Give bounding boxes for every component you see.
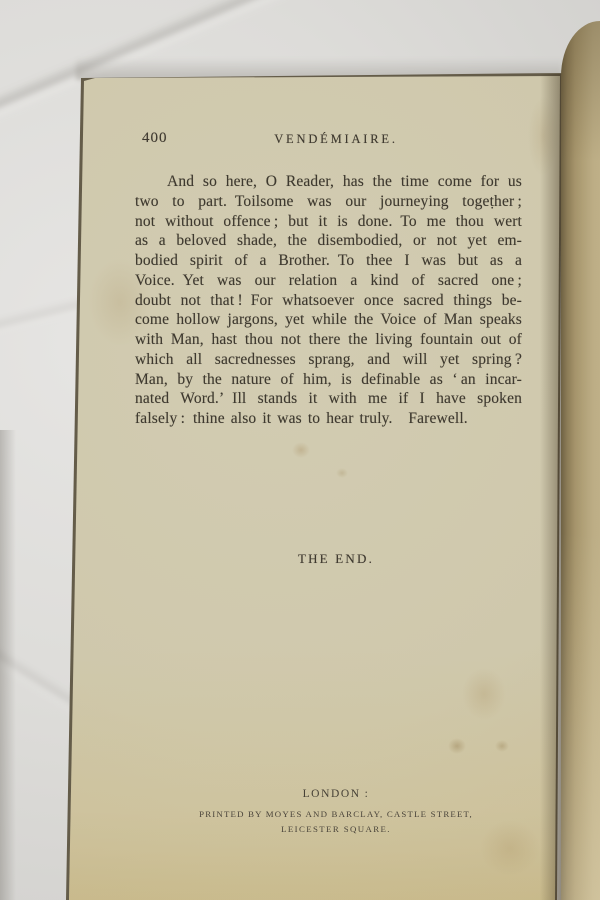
foxing-stain <box>448 738 466 754</box>
imprint-printer: PRINTED BY MOYES AND BARCLAY, CASTLE STR… <box>122 809 550 819</box>
body-line: come hollow jargons, yet while the Voice… <box>135 310 522 330</box>
imprint-address: LEICESTER SQUARE. <box>142 824 530 834</box>
curled-flyleaf <box>561 21 600 900</box>
body-line: doubt not that ! For whatsoever once sac… <box>135 291 522 311</box>
body-paragraph: And so here, O Reader, has the time come… <box>135 172 522 429</box>
body-line: nated Word.’ Ill stands it with me if I … <box>135 389 522 409</box>
body-line: falsely : thine also it was to hear trul… <box>135 409 522 429</box>
foxing-stain <box>292 442 310 458</box>
foxing-stain <box>462 668 506 720</box>
body-line: bodied spirit of a Brother. To thee I wa… <box>135 251 522 271</box>
the-end-label: THE END. <box>142 551 530 567</box>
foxing-stain <box>336 468 348 478</box>
foxing-stain <box>495 740 509 752</box>
paper-edge-shadow <box>0 430 16 900</box>
book-photo: 400 VENDÉMIAIRE. And so here, O Reader, … <box>0 0 600 900</box>
body-line: with Man, hast thou not there the living… <box>135 330 522 350</box>
running-title: VENDÉMIAIRE. <box>142 132 530 147</box>
body-line: as a beloved shade, the disembodied, or … <box>135 231 522 251</box>
imprint-city: LONDON : <box>142 788 530 800</box>
body-line: Man, by the nature of him, is definable … <box>135 370 522 390</box>
body-line: not without offence ; but it is done. To… <box>135 212 522 232</box>
body-line: And so here, O Reader, has the time come… <box>135 172 522 192</box>
body-line: Voice. Yet was our relation a kind of sa… <box>135 271 522 291</box>
body-line: two to part. Toilsome was our journeying… <box>135 192 522 212</box>
body-line: which all sacrednesses sprang, and will … <box>135 350 522 370</box>
